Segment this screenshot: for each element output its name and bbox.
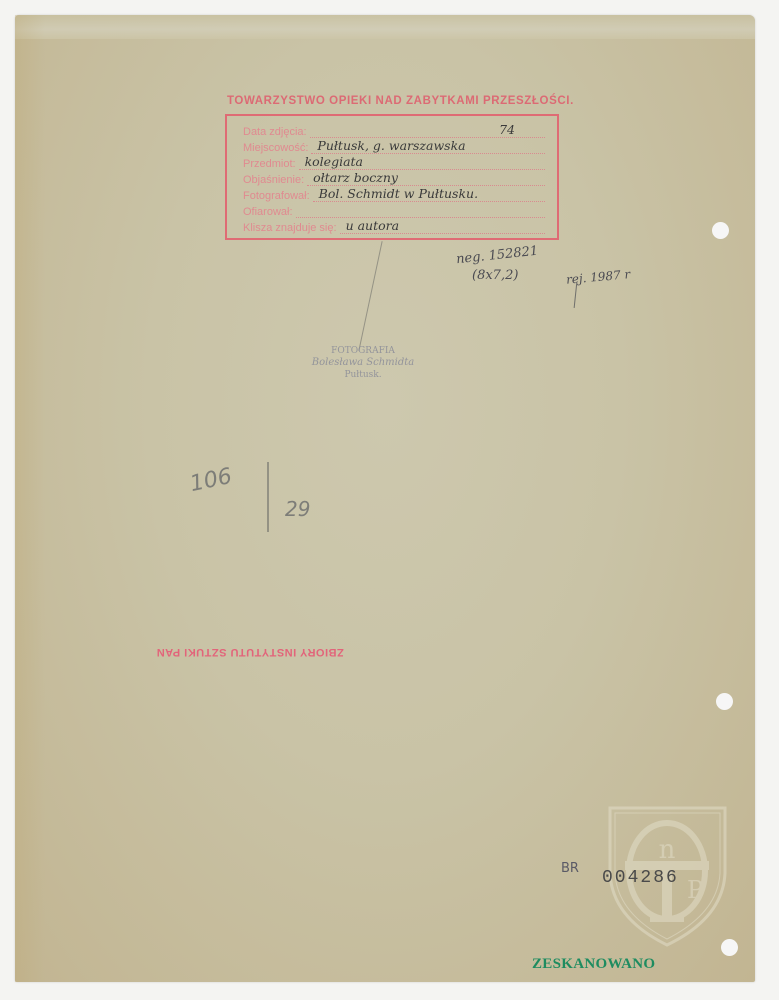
field-donor: Ofiarował: xyxy=(243,202,545,218)
field-photographer: Fotografował: Bol. Schmidt w Pułtusku. xyxy=(243,186,545,202)
inventory-prefix: BR xyxy=(561,861,579,876)
field-subject: Przedmiot: kolegiata xyxy=(243,154,545,170)
inventory-number: 004286 xyxy=(602,868,679,888)
field-place: Miejscowość: Pułtusk, g. warszawska xyxy=(243,138,545,154)
pencil-number-right: 29 xyxy=(285,497,310,521)
field-value: 74 xyxy=(310,123,545,138)
field-label: Objaśnienie: xyxy=(243,174,304,186)
society-stamp-title: TOWARZYSTWO OPIEKI NAD ZABYTKAMI PRZESZŁ… xyxy=(227,95,567,107)
field-value: ołtarz boczny xyxy=(307,171,545,186)
field-label: Ofiarował: xyxy=(243,206,293,218)
field-value: u autora xyxy=(340,219,545,234)
svg-text:n: n xyxy=(659,835,676,865)
photographer-stamp: FOTOGRAFIA Bolesława Schmidta Pułtusk. xyxy=(308,345,418,381)
photographer-stamp-line: Bolesława Schmidta xyxy=(308,357,418,369)
field-label: Klisza znajduje się: xyxy=(243,222,337,234)
field-value: Pułtusk, g. warszawska xyxy=(311,139,545,154)
catalog-stamp-box: Data zdjęcia: 74 Miejscowość: Pułtusk, g… xyxy=(225,114,559,240)
field-label: Fotografował: xyxy=(243,190,310,202)
svg-text:P: P xyxy=(687,876,703,904)
field-negative-location: Klisza znajduje się: u autora xyxy=(243,218,545,234)
collection-stamp: ZBIORY INSTYTUTU SZTUKI PAN xyxy=(150,646,350,658)
field-value: kolegiata xyxy=(299,155,545,170)
field-label: Przedmiot: xyxy=(243,158,296,170)
photographer-stamp-line: Pułtusk. xyxy=(308,369,418,381)
punch-hole xyxy=(716,693,733,710)
field-value: Bol. Schmidt w Pułtusku. xyxy=(313,187,545,202)
field-description: Objaśnienie: ołtarz boczny xyxy=(243,170,545,186)
punch-hole xyxy=(712,222,729,239)
field-label: Miejscowość: xyxy=(243,142,308,154)
scanned-stamp: ZESKANOWANO xyxy=(532,956,655,973)
field-label: Data zdjęcia: xyxy=(243,126,307,138)
pencil-divider xyxy=(267,462,269,532)
field-date: Data zdjęcia: 74 xyxy=(243,122,545,138)
photographer-stamp-line: FOTOGRAFIA xyxy=(308,345,418,357)
negative-size: (8x7,2) xyxy=(472,268,518,283)
